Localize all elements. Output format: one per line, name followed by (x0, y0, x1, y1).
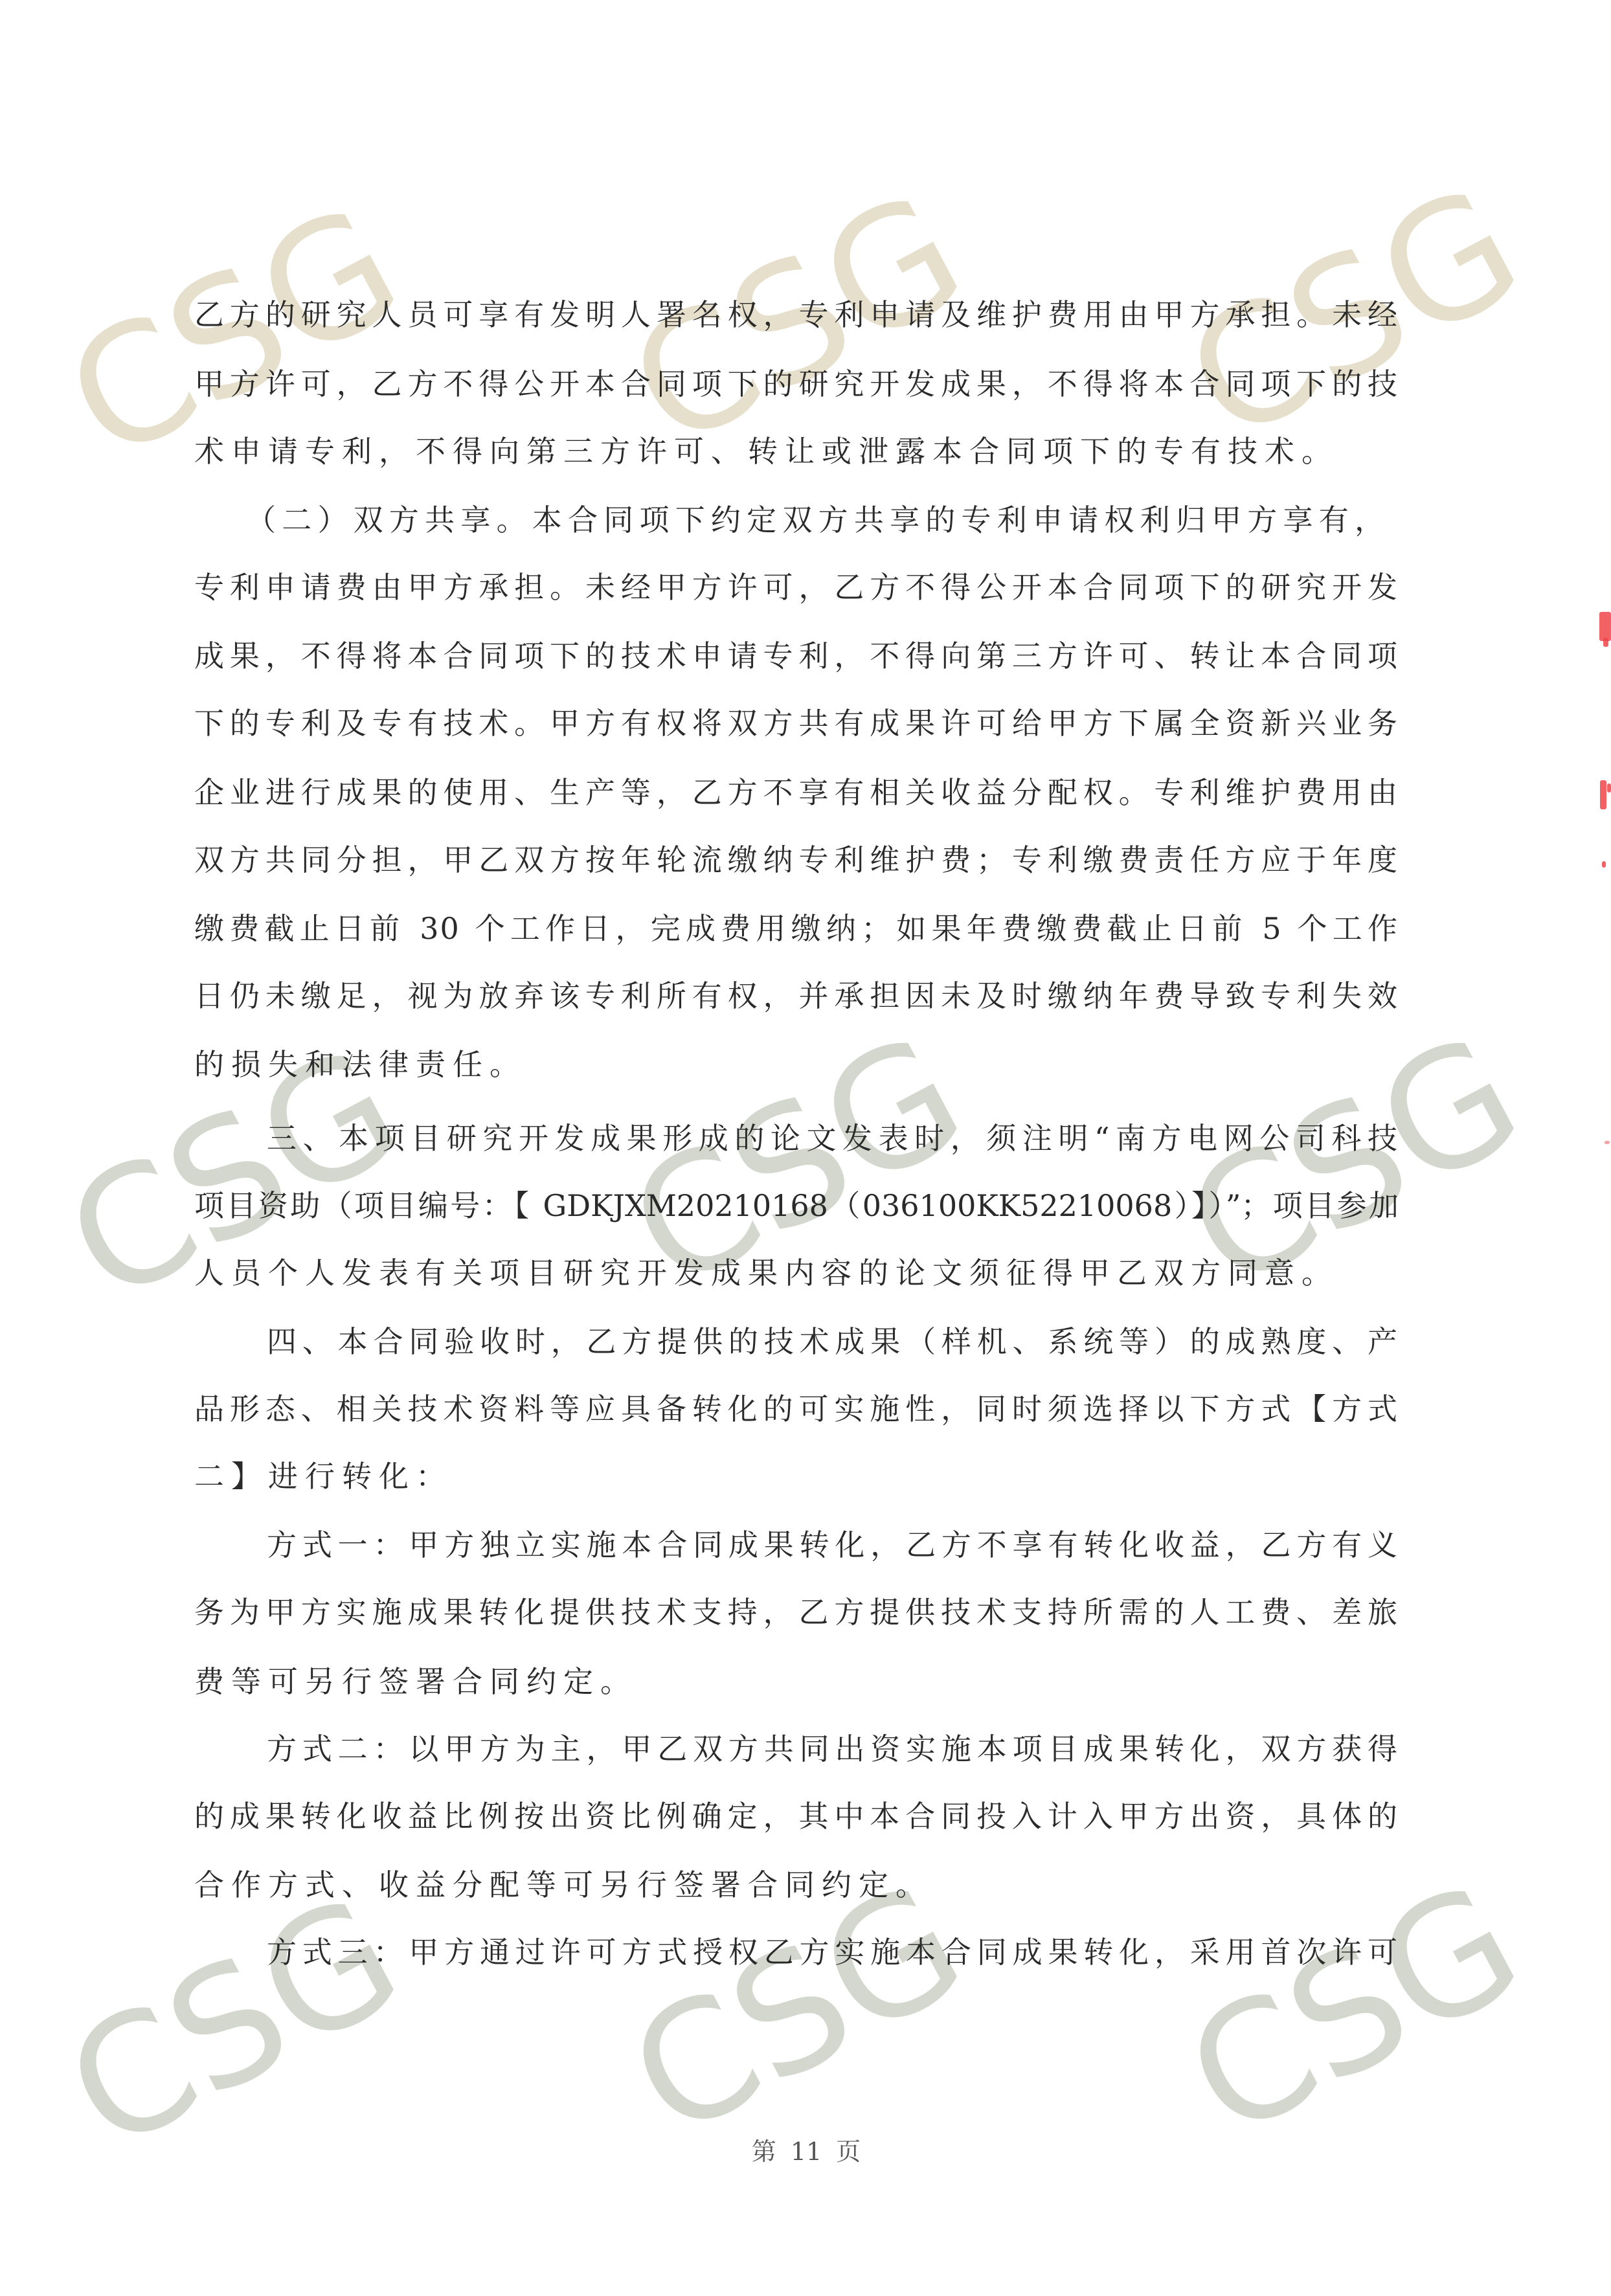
text-line: 品形态、相关技术资料等应具备转化的可实施性，同时须选择以下方式【方式 (194, 1390, 1399, 1428)
text-line: 成果，不得将本合同项下的技术申请专利，不得向第三方许可、转让本合同项 (194, 636, 1399, 675)
text-line: 方式三：甲方通过许可方式授权乙方实施本合同成果转化，采用首次许可 (194, 1933, 1399, 1972)
text-line: 的成果转化收益比例按出资比例确定，其中本合同投入计入甲方出资，具体的 (194, 1797, 1399, 1836)
text-line: 术申请专利，不得向第三方许可、转让或泄露本合同项下的专有技术。 (194, 432, 1399, 471)
seal-fragment (1602, 861, 1606, 868)
seal-fragment (1605, 1141, 1610, 1144)
text-line: 企业进行成果的使用、生产等，乙方不享有相关收益分配权。专利维护费用由 (194, 773, 1399, 812)
text-line: 三、本项目研究开发成果形成的论文发表时，须注明“南方电网公司科技 (194, 1119, 1399, 1158)
text-line: 下的专利及专有技术。甲方有权将双方共有成果许可给甲方下属全资新兴业务 (194, 704, 1399, 743)
seal-fragment (1607, 783, 1611, 793)
text-line: 合作方式、收益分配等可另行签署合同约定。 (194, 1865, 1399, 1904)
text-line: 日仍未缴足，视为放弃该专利所有权，并承担因未及时缴纳年费导致专利失效 (194, 976, 1399, 1015)
watermark-csg: CSG (52, 1897, 356, 2117)
text-line: （二）双方共享。本合同项下约定双方共享的专利申请权利归甲方享有， (194, 501, 1386, 539)
page-number: 第 11 页 (745, 2132, 868, 2167)
text-line: 费等可另行签署合同约定。 (194, 1662, 1399, 1701)
text-line: 四、本合同验收时，乙方提供的技术成果（样机、系统等）的成熟度、产 (194, 1322, 1399, 1361)
watermark-csg: CSG (615, 1884, 919, 2104)
svg-text:CSG: CSG (39, 1860, 429, 2187)
text-line: 的损失和法律责任。 (194, 1045, 1399, 1084)
text-line: 二】进行转化： (194, 1457, 1399, 1496)
text-line: 人员个人发表有关项目研究开发成果内容的论文须征得甲乙双方同意。 (194, 1254, 1399, 1292)
text-line: 甲方许可，乙方不得公开本合同项下的研究开发成果，不得将本合同项下的技 (194, 365, 1399, 403)
text-line: 方式一：甲方独立实施本合同成果转化，乙方不享有转化收益，乙方有义 (194, 1525, 1399, 1564)
text-line: 乙方的研究人员可享有发明人署名权，专利申请及维护费用由甲方承担。未经 (194, 295, 1399, 334)
text-line: 项目资助（项目编号：【 GDKJXM20210168（036100KK52210… (194, 1186, 1399, 1225)
text-line: 缴费截止日前 30 个工作日，完成费用缴纳；如果年费缴费截止日前 5 个工作 (194, 909, 1399, 948)
seal-fragment (1599, 612, 1611, 641)
text-line: 务为甲方实施成果转化提供技术支持，乙方提供技术支持所需的人工费、差旅 (194, 1593, 1399, 1632)
seal-fragment (1603, 638, 1608, 647)
seal-fragment (1600, 780, 1606, 809)
text-line: 专利申请费由甲方承担。未经甲方许可，乙方不得公开本合同项下的研究开发 (194, 568, 1399, 607)
text-line: 双方共同分担，甲乙双方按年轮流缴纳专利维护费；专利缴费责任方应于年度 (194, 840, 1399, 879)
watermark-csg: CSG (1172, 1884, 1476, 2104)
text-line: 方式二：以甲方为主，甲乙双方共同出资实施本项目成果转化，双方获得 (194, 1729, 1399, 1768)
